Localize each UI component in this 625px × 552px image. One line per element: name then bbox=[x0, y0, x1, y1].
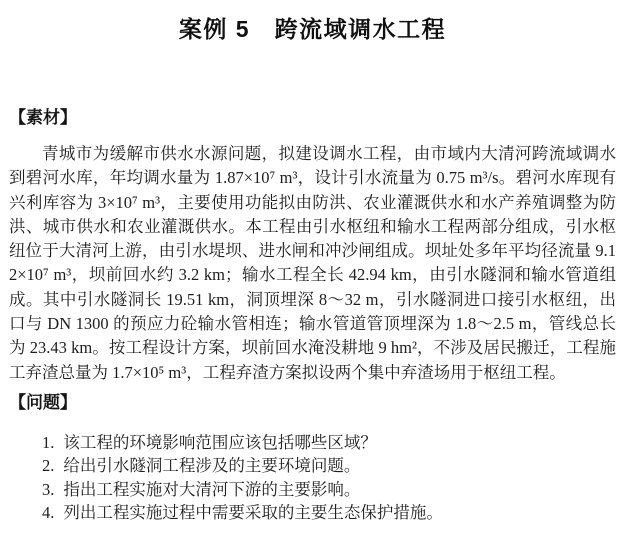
document-page: 案例 5 跨流域调水工程 【素材】 青城市为缓解市供水水源问题，拟建设调水工程，… bbox=[0, 0, 625, 525]
material-heading: 【素材】 bbox=[9, 108, 616, 127]
question-item: 3.指出工程实施对大清河下游的主要影响。 bbox=[42, 478, 616, 501]
question-number: 1. bbox=[42, 433, 54, 452]
material-paragraph: 青城市为缓解市供水水源问题，拟建设调水工程，由市域内大清河跨流域调水到碧河水库，… bbox=[9, 142, 616, 385]
page-title: 案例 5 跨流域调水工程 bbox=[9, 14, 616, 44]
question-item: 1.该工程的环境影响范围应该包括哪些区域？ bbox=[42, 431, 616, 454]
question-item: 2.给出引水隧洞工程涉及的主要环境问题。 bbox=[42, 454, 616, 477]
question-number: 3. bbox=[42, 480, 54, 499]
question-text: 该工程的环境影响范围应该包括哪些区域？ bbox=[63, 433, 377, 452]
questions-list: 1.该工程的环境影响范围应该包括哪些区域？ 2.给出引水隧洞工程涉及的主要环境问… bbox=[9, 431, 616, 525]
question-number: 2. bbox=[42, 456, 54, 475]
question-text: 给出引水隧洞工程涉及的主要环境问题。 bbox=[63, 456, 360, 475]
question-text: 列出工程实施过程中需要采取的主要生态保护措施。 bbox=[63, 503, 443, 522]
question-number: 4. bbox=[42, 503, 54, 522]
question-text: 指出工程实施对大清河下游的主要影响。 bbox=[63, 480, 360, 499]
questions-heading: 【问题】 bbox=[9, 393, 616, 412]
question-item: 4.列出工程实施过程中需要采取的主要生态保护措施。 bbox=[42, 501, 616, 524]
